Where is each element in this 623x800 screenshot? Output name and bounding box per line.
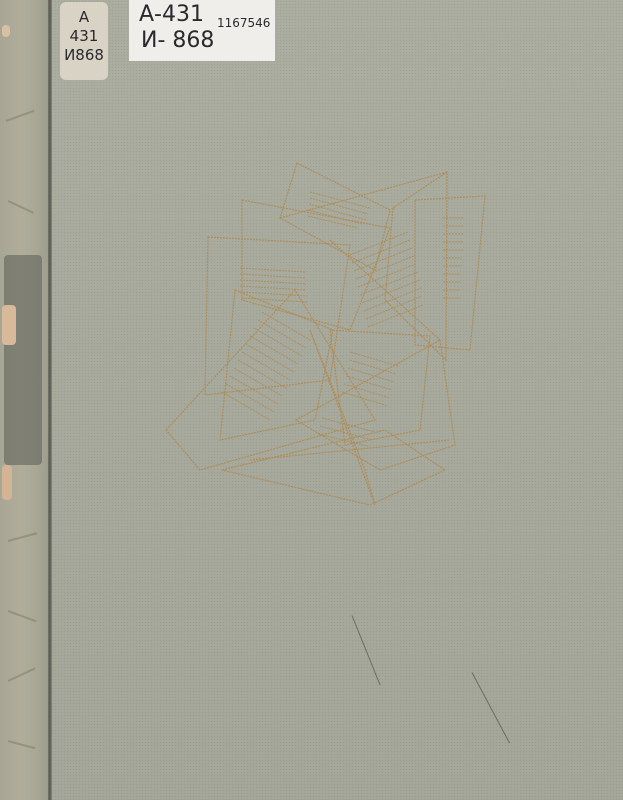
hatch-left xyxy=(240,268,307,302)
book-cover: А 431 И868 А-431 И- 868 1167546 xyxy=(0,0,623,800)
hatch-center-right xyxy=(350,232,423,327)
hatch-lower-center xyxy=(318,352,398,446)
cover-artwork xyxy=(0,0,623,800)
hatch-lower-left xyxy=(222,312,310,420)
